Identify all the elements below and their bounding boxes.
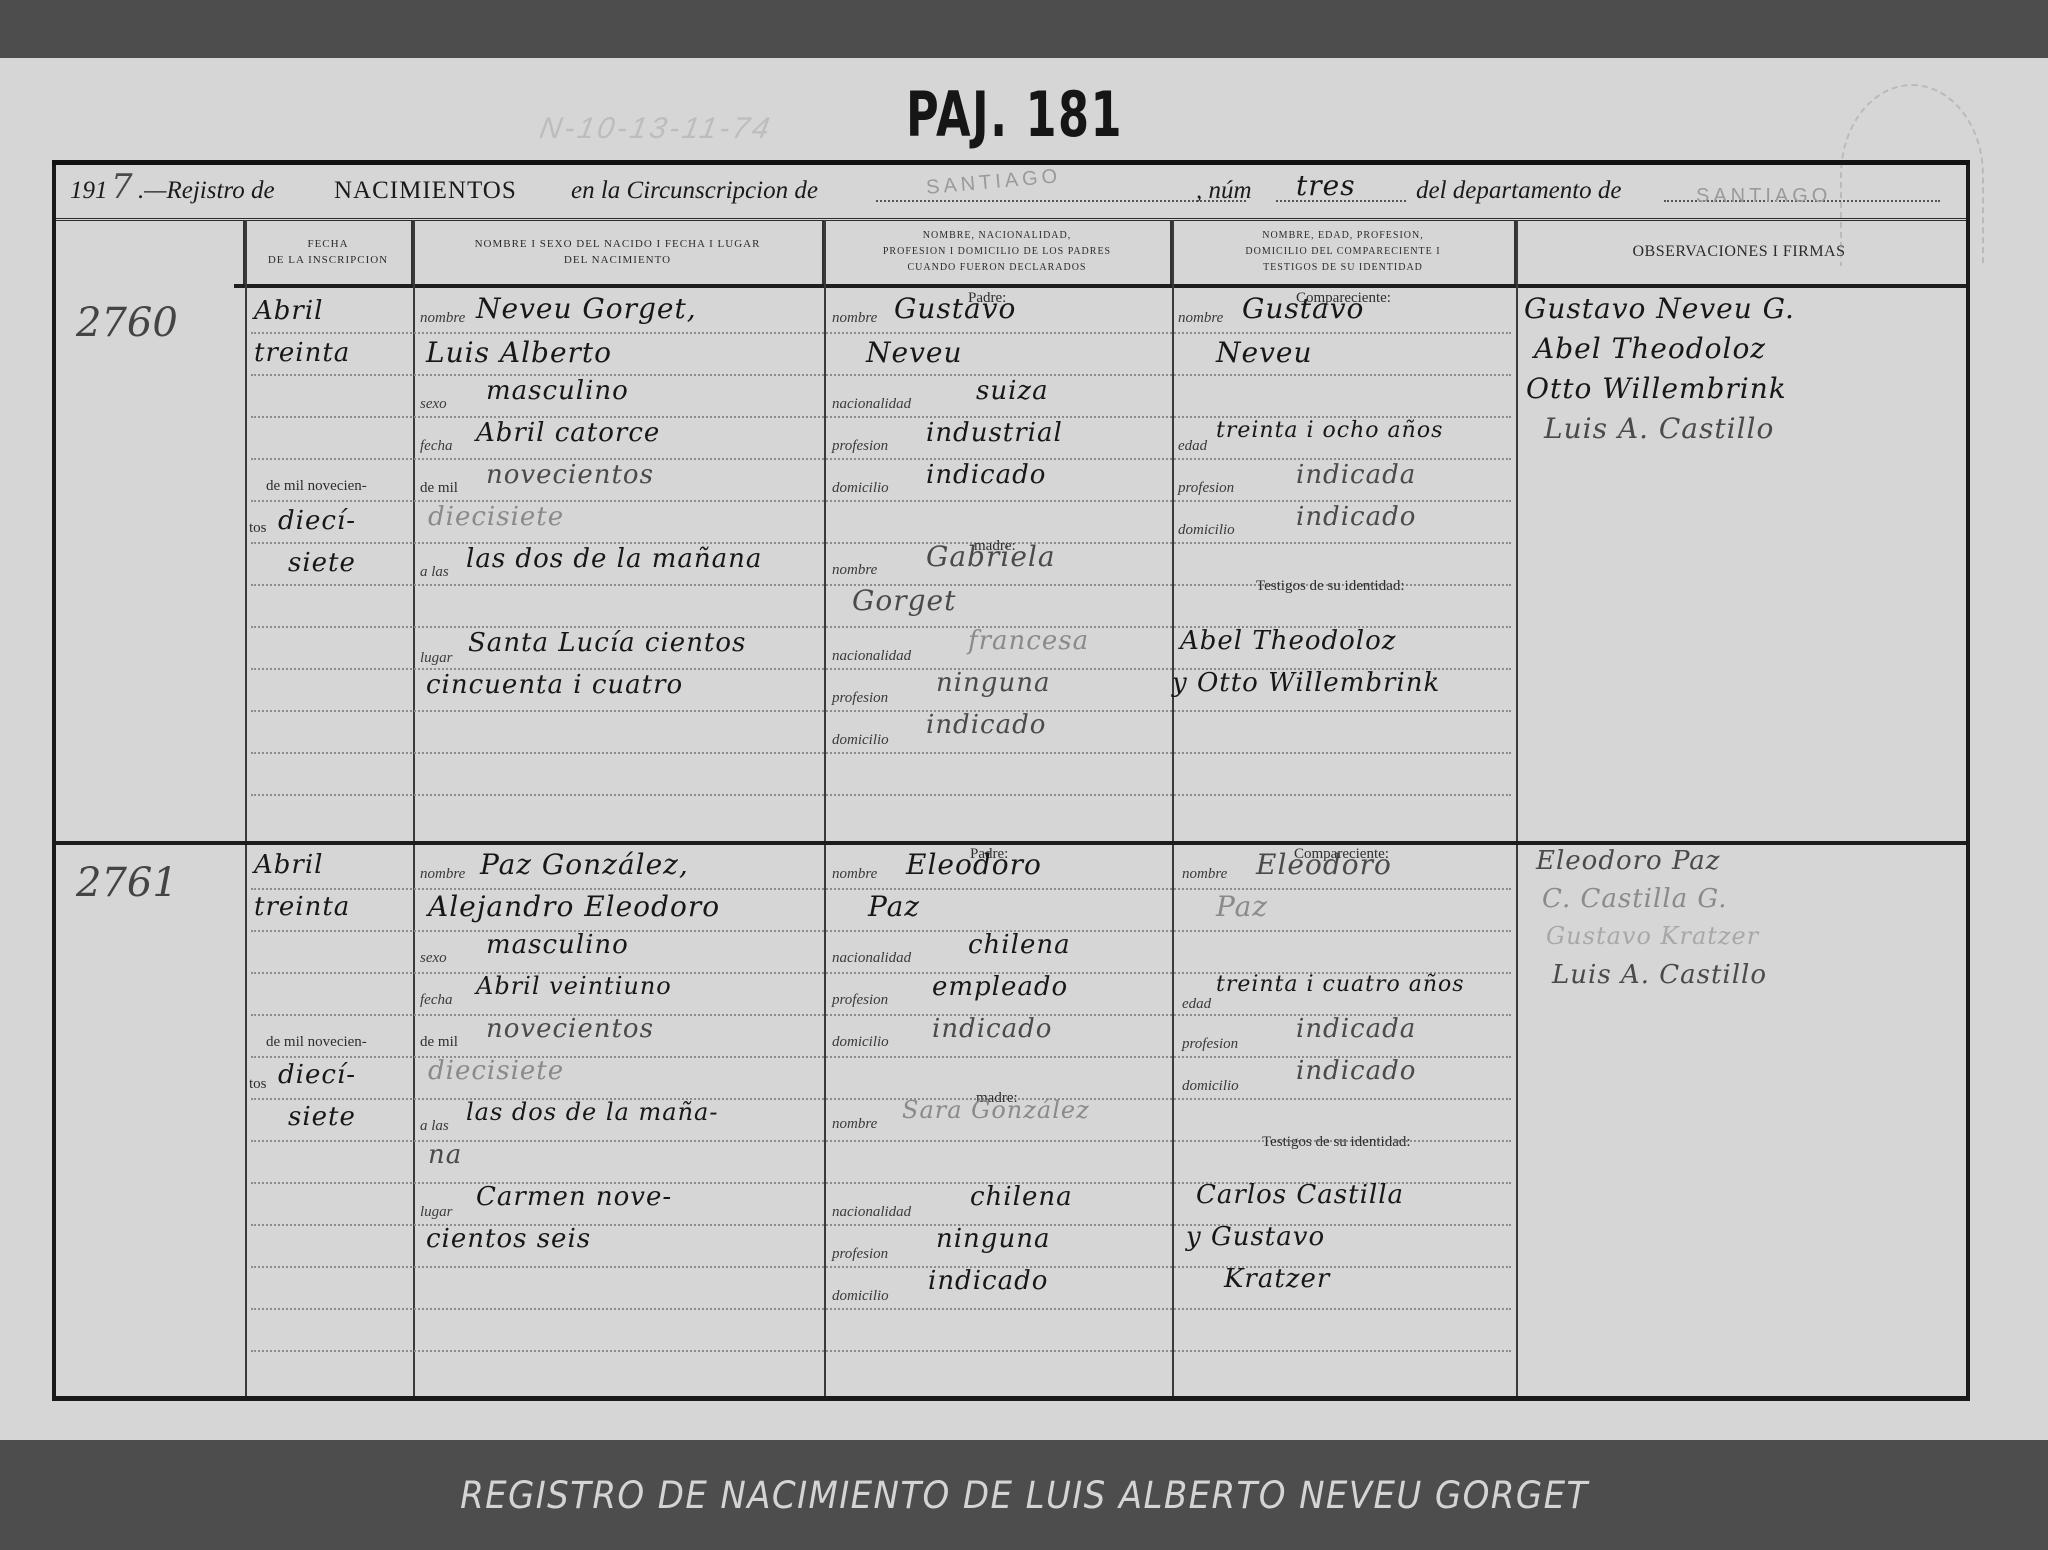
page-number: PAJ. 181: [906, 78, 1123, 151]
domicilio-label: domicilio: [1178, 522, 1235, 539]
lugar-label: lugar: [420, 1204, 453, 1221]
madre-nacionalidad: chilena: [970, 1182, 1073, 1212]
inscripcion-year-2: siete: [288, 1102, 356, 1132]
ruled-line: [251, 930, 1511, 932]
header-nacido: NOMBRE I SEXO DEL NACIDO I FECHA I LUGAR…: [413, 220, 824, 284]
padre-nacionalidad: suiza: [976, 376, 1049, 406]
firma-1: Eleodoro Paz: [1536, 846, 1721, 876]
entry-number: 2760: [76, 300, 178, 346]
padre-apellido: Paz: [868, 890, 920, 923]
testigo-2: y Otto Willembrink: [1172, 668, 1440, 698]
year-handwritten: 7: [111, 167, 134, 207]
nacido-fecha: Abril veintiuno: [476, 972, 672, 1000]
tos-label: tos: [249, 1076, 267, 1093]
header-padres: NOMBRE, NACIONALIDAD, PROFESION I DOMICI…: [824, 220, 1172, 284]
firma-2: C. Castilla G.: [1542, 884, 1728, 914]
header-text: TESTIGOS DE SU IDENTIDAD: [1172, 260, 1514, 276]
ruled-line: [251, 1350, 1511, 1352]
compareciente-domicilio: indicado: [1296, 502, 1416, 532]
padre-nacionalidad: chilena: [968, 930, 1071, 960]
edad-label: edad: [1178, 438, 1207, 455]
image-caption-band: REGISTRO DE NACIMIENTO DE LUIS ALBERTO N…: [0, 1440, 2048, 1550]
nacionalidad-label: nacionalidad: [832, 950, 911, 967]
nombre-label: nombre: [1178, 310, 1223, 327]
circunscripcion-value: SANTIAGO: [925, 165, 1062, 200]
fecha-label: fecha: [420, 438, 452, 455]
register-title-row: 191 7 .—Rejistro de NACIMIENTOS en la Ci…: [56, 165, 1966, 221]
domicilio-label: domicilio: [832, 1034, 889, 1051]
column-divider: [245, 220, 247, 1396]
a-las-label: a las: [420, 1118, 449, 1135]
padre-apellido: Neveu: [866, 336, 963, 369]
title-nacimientos: NACIMIENTOS: [334, 177, 517, 205]
compareciente-profesion: indicada: [1296, 460, 1416, 490]
nacido-ano-2: diecisiete: [428, 502, 564, 532]
nacido-sexo: masculino: [486, 930, 629, 960]
nombre-label: nombre: [832, 1116, 877, 1133]
header-text: DOMICILIO DEL COMPARECIENTE I: [1172, 244, 1514, 260]
nacido-hora: las dos de la mañana: [466, 544, 762, 574]
nacido-hora-1: las dos de la maña-: [466, 1098, 718, 1126]
padre-domicilio: indicado: [932, 1014, 1052, 1044]
compareciente-nombre: Eleodoro: [1256, 848, 1392, 881]
firma-oficial: Luis A. Castillo: [1552, 960, 1767, 990]
inscripcion-day: treinta: [254, 892, 350, 922]
header-text: DE LA INSCRIPCION: [245, 252, 411, 268]
header-text: OBSERVACIONES I FIRMAS: [1516, 244, 1962, 260]
header-text: CUANDO FUERON DECLARADOS: [824, 260, 1170, 276]
padre-domicilio: indicado: [926, 460, 1046, 490]
column-divider: [413, 220, 415, 1396]
de-mil-novecien-label: de mil novecien-: [266, 1034, 367, 1051]
fecha-label: fecha: [420, 992, 452, 1009]
a-las-label: a las: [420, 564, 449, 581]
madre-domicilio: indicado: [928, 1266, 1048, 1296]
nacido-lugar-2: cientos seis: [426, 1224, 591, 1254]
nombre-label: nombre: [420, 866, 465, 883]
profesion-label: profesion: [832, 438, 888, 455]
firma-1: Gustavo Neveu G.: [1524, 292, 1795, 325]
nacido-ano-1: novecientos: [486, 460, 654, 490]
inscripcion-month: Abril: [254, 296, 323, 326]
birth-register-table: 191 7 .—Rejistro de NACIMIENTOS en la Ci…: [52, 160, 1970, 1401]
nacido-lugar-1: Santa Lucía cientos: [468, 628, 746, 658]
ruled-line: [251, 752, 1511, 754]
circunscripcion-fill-line: [876, 200, 1246, 202]
profesion-label: profesion: [1178, 480, 1234, 497]
column-divider: [1516, 220, 1518, 1396]
nacido-sexo: masculino: [486, 376, 629, 406]
inscripcion-month: Abril: [254, 850, 323, 880]
title-circunscripcion-label: en la Circunscripcion de: [571, 177, 818, 205]
madre-domicilio: indicado: [926, 710, 1046, 740]
ruled-line: [251, 1098, 1511, 1100]
header-fecha: FECHA DE LA INSCRIPCION: [245, 220, 413, 284]
departamento-label: del departamento de: [1416, 177, 1622, 205]
nacido-fecha: Abril catorce: [476, 418, 660, 448]
padre-nombre: Eleodoro: [906, 848, 1042, 881]
inscripcion-year-1: diecí-: [278, 1060, 356, 1090]
testigo-1: Carlos Castilla: [1196, 1180, 1404, 1210]
nacido-hora-2: na: [428, 1140, 462, 1170]
compareciente-domicilio: indicado: [1296, 1056, 1416, 1086]
num-label: , núm: [1196, 177, 1252, 205]
sexo-label: sexo: [420, 950, 447, 967]
compareciente-edad: treinta i cuatro años: [1216, 972, 1465, 997]
column-divider: [1172, 220, 1174, 1396]
madre-nacionalidad: francesa: [968, 626, 1089, 656]
testigo-1: Abel Theodoloz: [1180, 626, 1396, 656]
madre-profesion: ninguna: [936, 668, 1050, 698]
de-mil-label: de mil: [420, 480, 458, 497]
firma-oficial: Luis A. Castillo: [1544, 412, 1774, 445]
madre-nombre: Sara González: [902, 1096, 1090, 1124]
header-observaciones: OBSERVACIONES I FIRMAS: [1516, 220, 1962, 284]
padre-nombre: Gustavo: [894, 292, 1016, 325]
compareciente-edad: treinta i ocho años: [1216, 418, 1443, 443]
header-text: NOMBRE I SEXO DEL NACIDO I FECHA I LUGAR: [413, 236, 822, 252]
title-prefix: .—Rejistro de: [138, 177, 275, 205]
header-text: FECHA: [245, 236, 411, 252]
testigos-label: Testigos de su identidad:: [1256, 578, 1405, 595]
profesion-label: profesion: [1182, 1036, 1238, 1053]
nombre-label: nombre: [832, 866, 877, 883]
header-compareciente: NOMBRE, EDAD, PROFESION, DOMICILIO DEL C…: [1172, 220, 1516, 284]
departamento-value: SANTIAGO: [1696, 185, 1831, 208]
nacionalidad-label: nacionalidad: [832, 1204, 911, 1221]
firma-3: Otto Willembrink: [1526, 372, 1787, 405]
inscripcion-day: treinta: [254, 338, 350, 368]
nacido-ano-1: novecientos: [486, 1014, 654, 1044]
inscripcion-year-2: siete: [288, 548, 356, 578]
nacido-apellidos: Paz González,: [480, 848, 689, 881]
de-mil-novecien-label: de mil novecien-: [266, 478, 367, 495]
ruled-line: [251, 710, 1511, 712]
profesion-label: profesion: [832, 992, 888, 1009]
ruled-line: [251, 794, 1511, 796]
header-number: [56, 220, 245, 284]
compareciente-apellido: Neveu: [1216, 336, 1313, 369]
compareciente-profesion: indicada: [1296, 1014, 1416, 1044]
nacionalidad-label: nacionalidad: [832, 396, 911, 413]
lugar-label: lugar: [420, 650, 453, 667]
nacido-lugar-1: Carmen nove-: [476, 1182, 672, 1212]
ruled-line: [251, 332, 1511, 334]
domicilio-label: domicilio: [832, 480, 889, 497]
sexo-label: sexo: [420, 396, 447, 413]
nacionalidad-label: nacionalidad: [832, 648, 911, 665]
caption-text: REGISTRO DE NACIMIENTO DE LUIS ALBERTO N…: [460, 1474, 1589, 1517]
nacido-lugar-2: cincuenta i cuatro: [426, 670, 683, 700]
pencil-annotation: N-10-13-11-74: [537, 112, 775, 146]
ruled-line: [251, 374, 1511, 376]
compareciente-nombre: Gustavo: [1242, 292, 1364, 325]
entry-number: 2761: [76, 860, 178, 906]
nacido-ano-2: diecisiete: [428, 1056, 564, 1086]
madre-profesion: ninguna: [936, 1224, 1050, 1254]
testigo-2: y Gustavo: [1186, 1222, 1325, 1252]
domicilio-label: domicilio: [1182, 1078, 1239, 1095]
column-divider: [824, 220, 826, 1396]
compareciente-apellido: Paz: [1216, 890, 1268, 923]
top-border-band: [0, 0, 2048, 58]
ruled-line: [251, 1308, 1511, 1310]
domicilio-label: domicilio: [832, 732, 889, 749]
testigos-label: Testigos de su identidad:: [1262, 1134, 1411, 1151]
year-printed: 191: [70, 177, 108, 205]
nombre-label: nombre: [832, 562, 877, 579]
nacido-nombres: Luis Alberto: [426, 336, 612, 369]
edad-label: edad: [1182, 996, 1211, 1013]
inscripcion-year-1: diecí-: [278, 506, 356, 536]
nacido-nombres: Alejandro Eleodoro: [428, 890, 720, 923]
firma-2: Abel Theodoloz: [1534, 332, 1766, 365]
profesion-label: profesion: [832, 1246, 888, 1263]
madre-apellido: Gorget: [852, 584, 956, 617]
header-text: DEL NACIMIENTO: [413, 252, 822, 268]
nacido-apellidos: Neveu Gorget,: [476, 292, 697, 325]
num-value: tres: [1296, 169, 1356, 202]
header-text: NOMBRE, NACIONALIDAD,: [824, 228, 1170, 244]
testigo-3: Kratzer: [1224, 1264, 1330, 1294]
tos-label: tos: [249, 520, 267, 537]
header-text: PROFESION I DOMICILIO DE LOS PADRES: [824, 244, 1170, 260]
padre-profesion: empleado: [932, 972, 1068, 1002]
entry-separator: [56, 841, 1966, 845]
nombre-label: nombre: [1182, 866, 1227, 883]
header-divider: [234, 284, 1966, 288]
ruled-line: [251, 542, 1511, 544]
padre-profesion: industrial: [926, 418, 1063, 448]
domicilio-label: domicilio: [832, 1288, 889, 1305]
firma-3: Gustavo Kratzer: [1546, 922, 1759, 950]
madre-nombre: Gabriela: [926, 540, 1056, 573]
nombre-label: nombre: [420, 310, 465, 327]
nombre-label: nombre: [832, 310, 877, 327]
profesion-label: profesion: [832, 690, 888, 707]
de-mil-label: de mil: [420, 1034, 458, 1051]
header-text: NOMBRE, EDAD, PROFESION,: [1172, 228, 1514, 244]
